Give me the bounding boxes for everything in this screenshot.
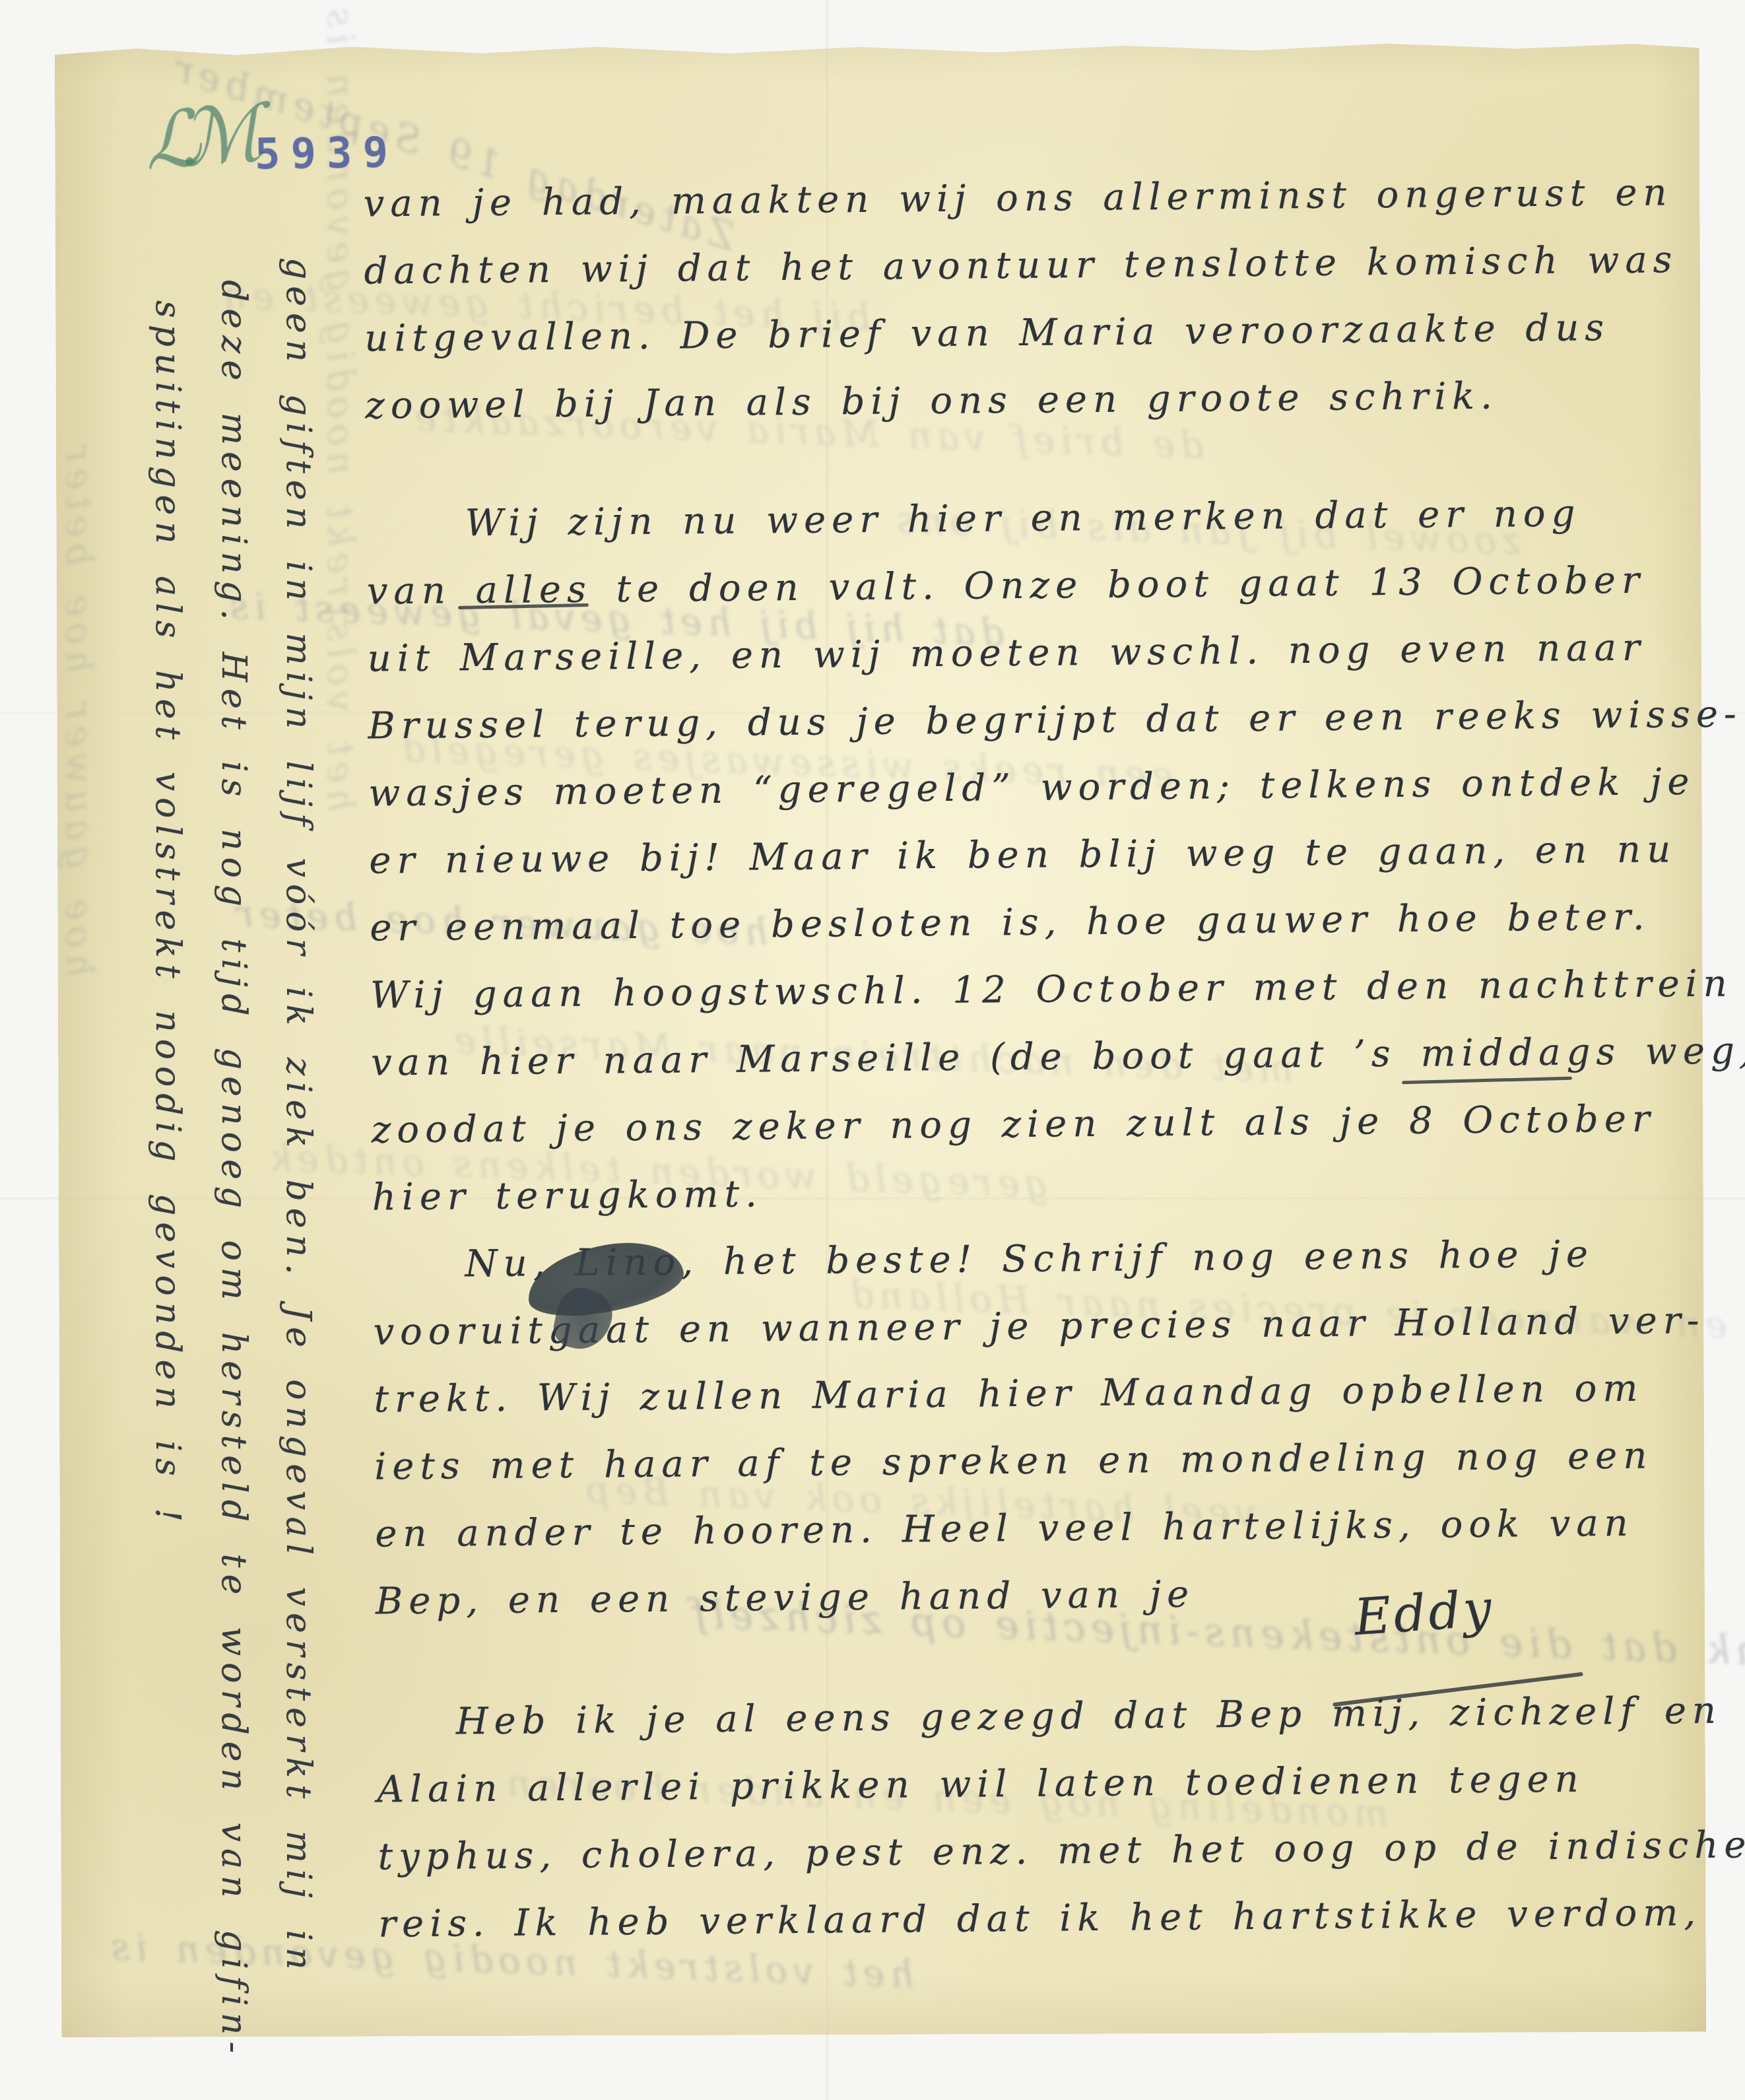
handwriting-line: Alain allerlei prikken wil laten toedien… bbox=[377, 1745, 1664, 1823]
handwriting-line: typhus, cholera, pest enz. met het oog o… bbox=[378, 1812, 1665, 1891]
handwriting-line: trekt. Wij zullen Maria hier Maandag opb… bbox=[374, 1355, 1661, 1433]
signature: Eddy bbox=[1352, 1578, 1496, 1647]
handwriting-line: er eenmaal toe besloten is, hoe gauwer h… bbox=[370, 884, 1657, 963]
handwriting-line: Brussel terug, dus je begrijpt dat er ee… bbox=[368, 682, 1655, 761]
handwriting-line: uitgevallen. De brief van Maria veroorza… bbox=[364, 294, 1652, 373]
handwriting-line: dachten wij dat het avontuur tenslotte k… bbox=[364, 227, 1651, 306]
handwriting-line: hier terugkomt. bbox=[372, 1153, 1659, 1231]
handwriting-line: zoowel bij Jan als bij ons een groote sc… bbox=[365, 362, 1653, 440]
paragraph: Wij zijn nu weer hier en merken dat er n… bbox=[366, 480, 1659, 1232]
handwriting-line: uit Marseille, en wij moeten wschl. nog … bbox=[367, 615, 1655, 693]
handwriting-line: er nieuwe bij! Maar ik ben blij weg te g… bbox=[369, 817, 1657, 895]
margin-note-line: deze meening. Het is nog tijd genoeg om … bbox=[214, 280, 253, 2060]
handwriting-line: van hier naar Marseille (de boot gaat ’s… bbox=[371, 1018, 1659, 1097]
archive-monogram-stamp: ℒℳ bbox=[140, 88, 247, 188]
handwriting-line: en ander te hooren. Heel veel hartelijks… bbox=[375, 1489, 1663, 1568]
handwriting-line: Wij gaan hoogstwschl. 12 October met den… bbox=[370, 951, 1658, 1029]
handwriting-line: reis. Ik heb verklaard dat ik het hartst… bbox=[378, 1880, 1666, 1958]
paragraph: van je had, maakten wij ons allerminst o… bbox=[363, 160, 1652, 440]
bleedthrough-text-vertical: het volstrekt noodig gevonden is bbox=[319, 3, 362, 812]
handwriting-line: van alles te doen valt. Onze boot gaat 1… bbox=[366, 547, 1654, 626]
margin-note-line: geen giften in mijn lijf vóór ik ziek be… bbox=[279, 257, 318, 1977]
handwriting-line: iets met haar af te spreken en mondeling… bbox=[374, 1422, 1662, 1501]
scanned-letter-page: Zaterdag 19 September bij het bericht ge… bbox=[0, 0, 1745, 2100]
paragraph: Heb ik je al eens gezegd dat Bep mij, zi… bbox=[376, 1677, 1665, 1958]
handwriting-line: van je had, maakten wij ons allerminst o… bbox=[363, 160, 1651, 238]
handwriting-line: Wij zijn nu weer hier en merken dat er n… bbox=[366, 480, 1653, 559]
handwriting-line: wasjes moeten “geregeld” worden; telkens… bbox=[368, 749, 1656, 828]
handwriting-line: zoodat je ons zeker nog zien zult als je… bbox=[371, 1085, 1659, 1164]
bleedthrough-text-vertical: hoe gauwer hoe beter bbox=[57, 440, 100, 977]
margin-note-line: spuitingen als het volstrekt noodig gevo… bbox=[148, 300, 187, 1528]
